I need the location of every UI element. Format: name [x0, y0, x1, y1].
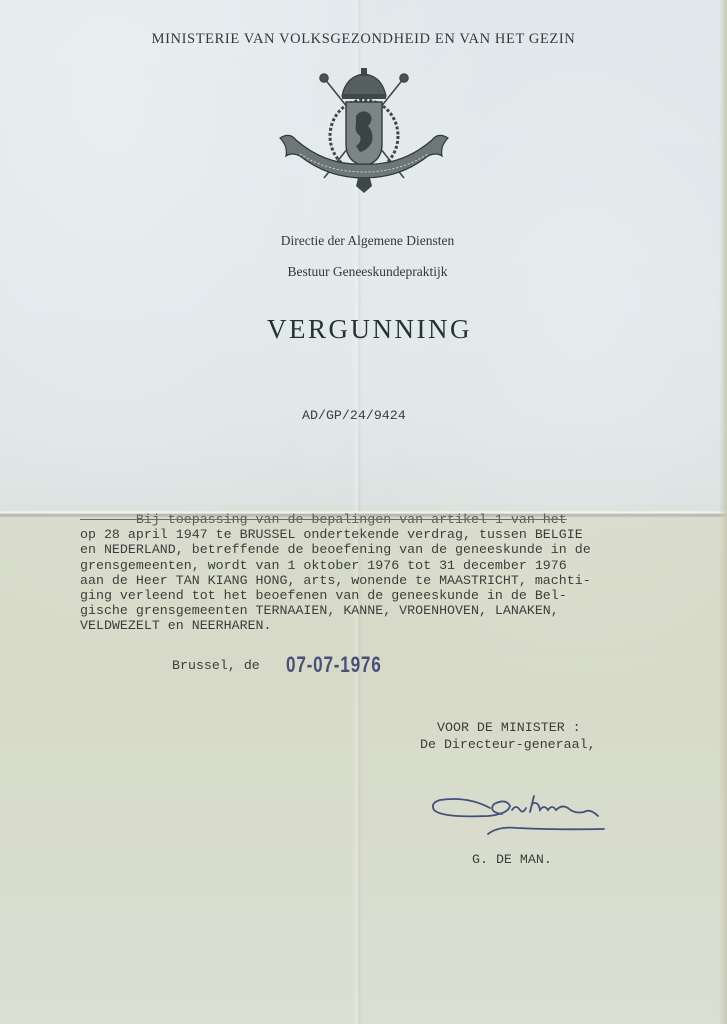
- signer-name: G. DE MAN.: [472, 852, 552, 867]
- body-line: aan de Heer TAN KIANG HONG, arts, wonend…: [80, 573, 591, 588]
- administration-label: Bestuur Geneeskundepraktijk: [4, 264, 727, 280]
- body-line: en NEDERLAND, betreffende de beoefening …: [80, 542, 591, 557]
- handwritten-signature-icon: [428, 790, 618, 845]
- belgian-royal-coat-of-arms-icon: [276, 66, 452, 194]
- body-line: gische grensgemeenten TERNAAIEN, KANNE, …: [80, 603, 591, 618]
- body-line: Bij toepassing van de bepalingen van art…: [80, 512, 591, 527]
- body-line: op 28 april 1947 te BRUSSEL ondertekende…: [80, 527, 591, 542]
- ministry-heading: MINISTERIE VAN VOLKSGEZONDHEID EN VAN HE…: [0, 31, 727, 48]
- body-line: ging verleend tot het beoefenen van de g…: [80, 588, 591, 603]
- date-stamp: 07-07-1976: [286, 652, 382, 678]
- body-line: VELDWEZELT en NEERHAREN.: [80, 618, 591, 633]
- director-general-label: De Directeur-generaal,: [420, 737, 596, 752]
- permit-body-text: Bij toepassing van de bepalingen van art…: [80, 512, 591, 634]
- body-line: grensgemeenten, wordt van 1 oktober 1976…: [80, 558, 591, 573]
- reference-number: AD/GP/24/9424: [302, 408, 406, 423]
- for-minister-label: VOOR DE MINISTER :: [437, 720, 581, 735]
- directorate-label: Directie der Algemene Diensten: [4, 233, 727, 249]
- place-label: Brussel, de: [172, 658, 260, 673]
- document-title: VERGUNNING: [6, 314, 727, 345]
- document-page: MINISTERIE VAN VOLKSGEZONDHEID EN VAN HE…: [0, 0, 727, 1024]
- paper-edge-shadow: [719, 0, 727, 1024]
